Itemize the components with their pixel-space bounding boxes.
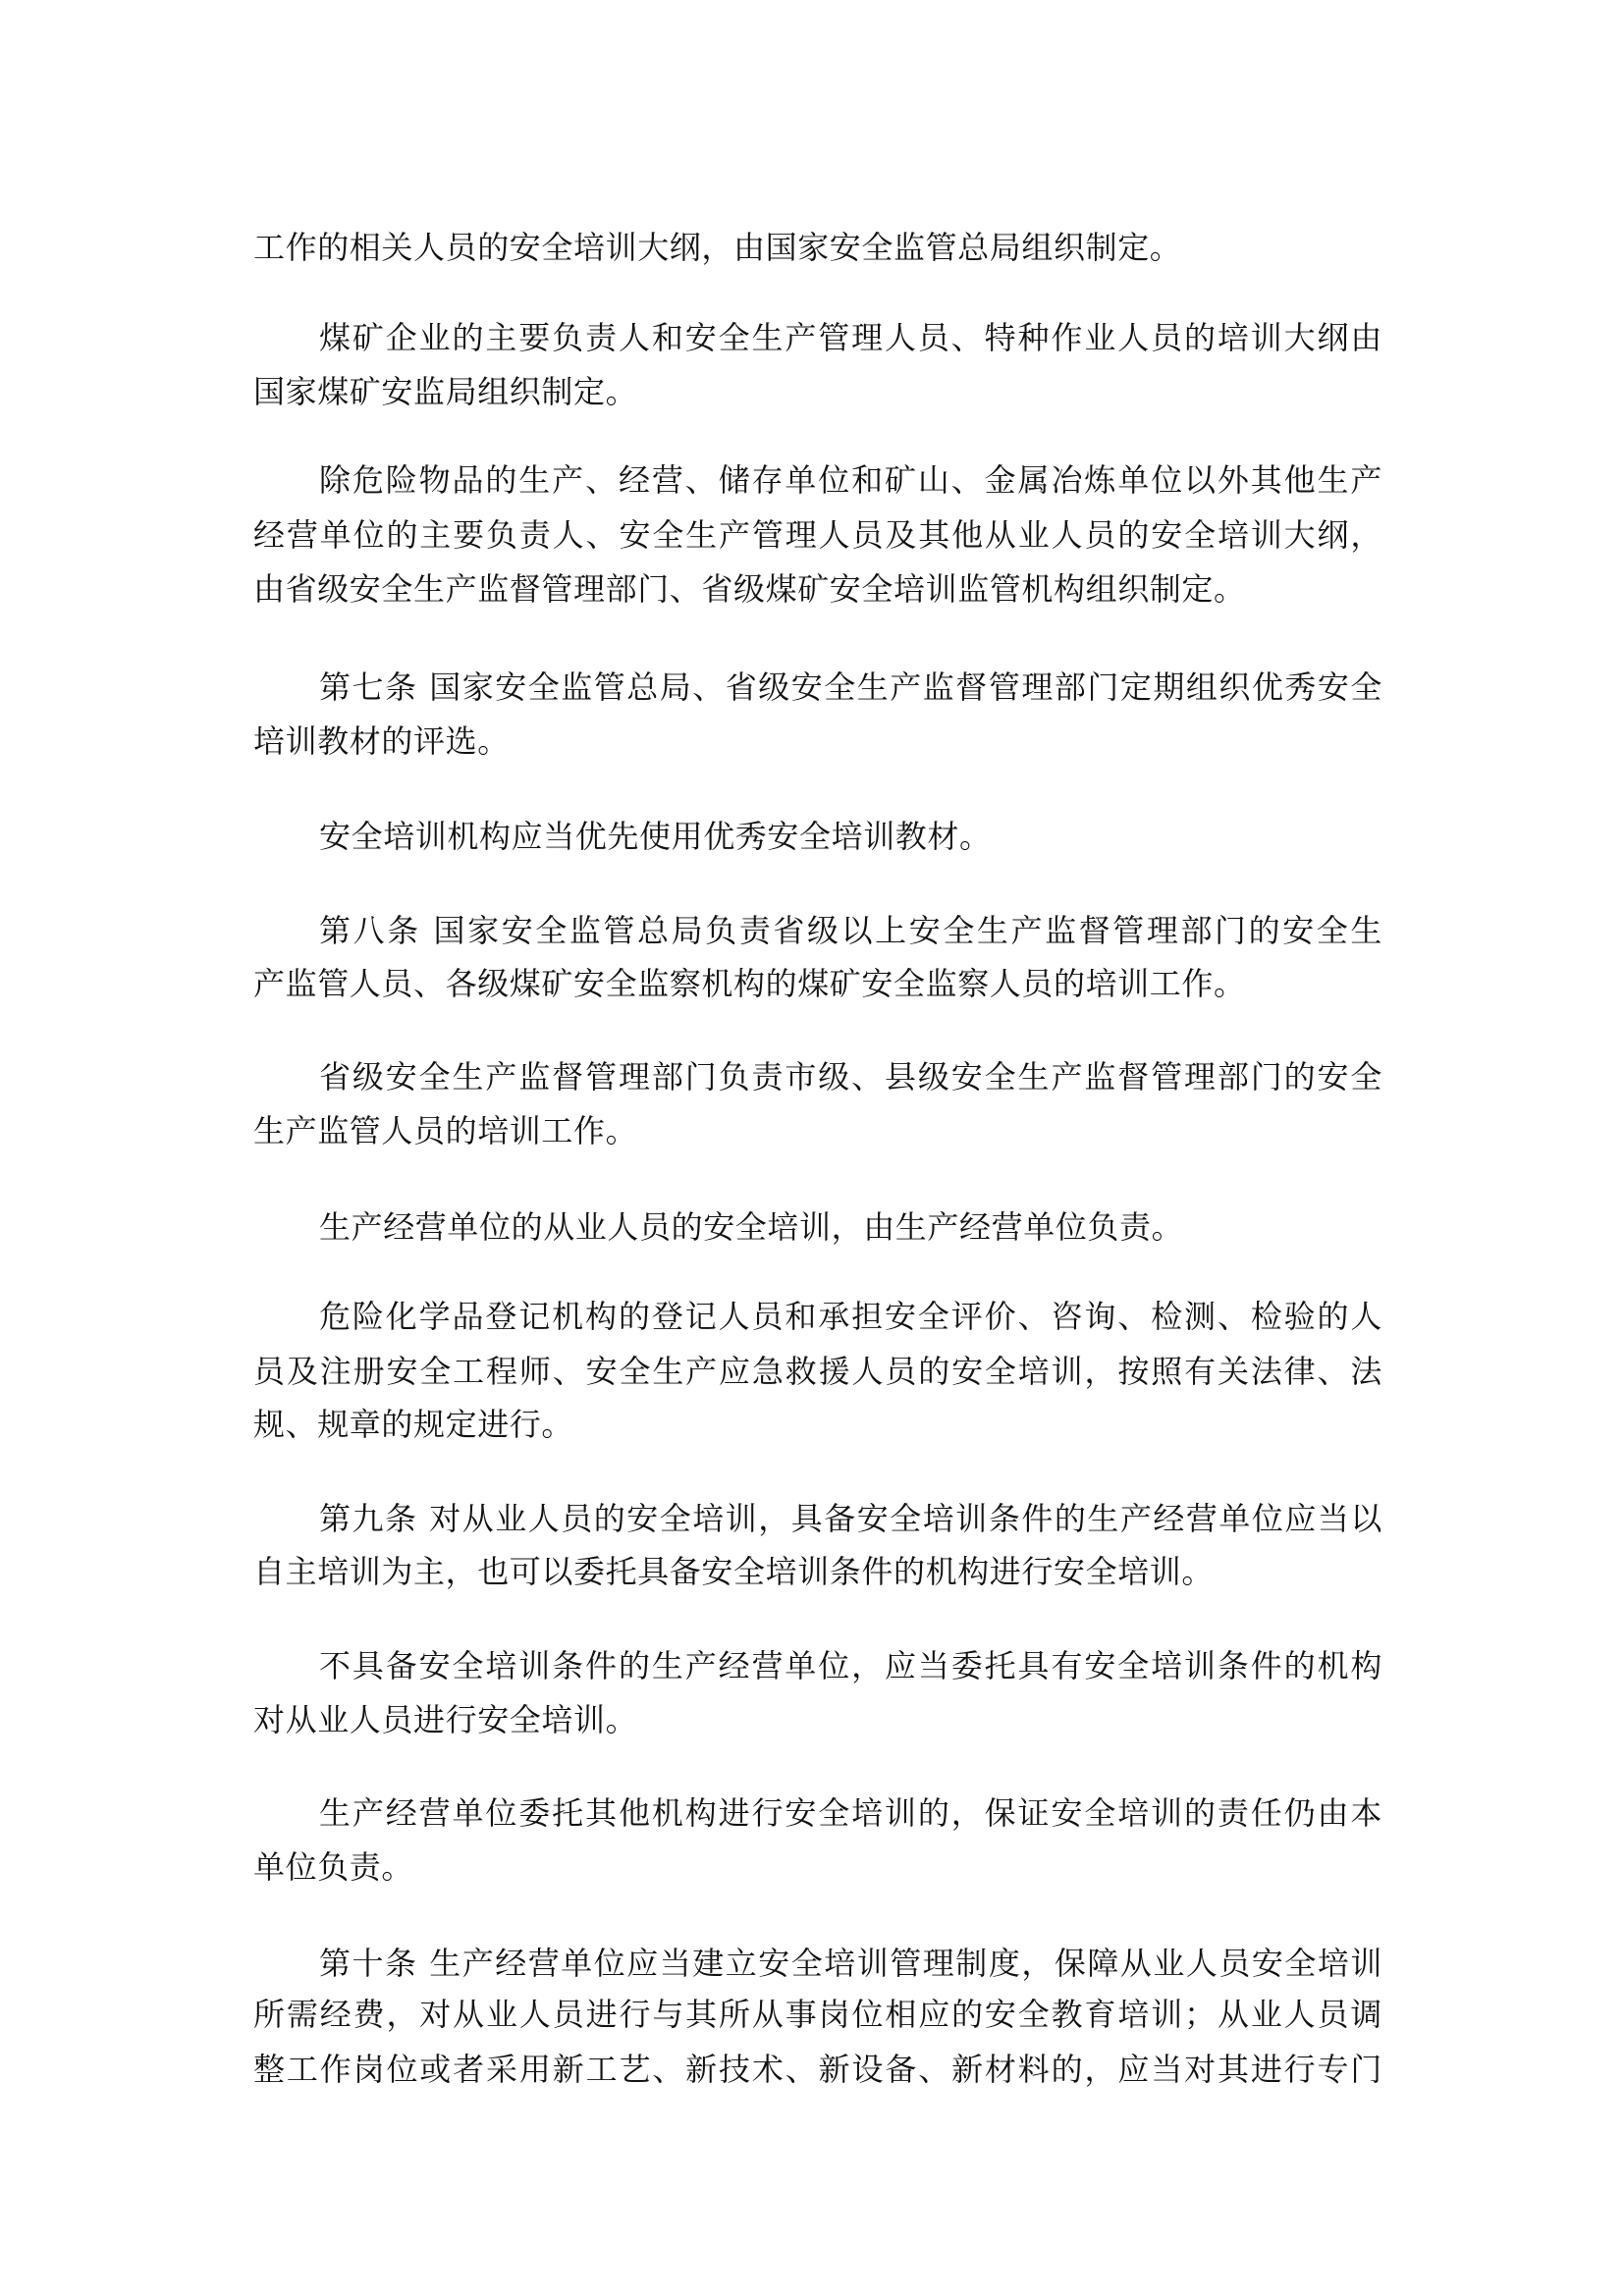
text-line: 第七条 国家安全监管总局、省级安全生产监督管理部门定期组织优秀安全 [319,667,1382,707]
text-line: 省级安全生产监督管理部门负责市级、县级安全生产监督管理部门的安全 [319,1057,1382,1096]
text-line: 生产经营单位的从业人员的安全培训，由生产经营单位负责。 [319,1207,1382,1247]
text-line: 规、规章的规定进行。 [253,1405,1382,1444]
document-page: 工作的相关人员的安全培训大纲，由国家安全监管总局组织制定。煤矿企业的主要负责人和… [0,0,1624,2296]
text-line: 培训教材的评选。 [253,721,1382,761]
text-line: 煤矿企业的主要负责人和安全生产管理人员、特种作业人员的培训大纲由 [319,318,1382,357]
text-line: 第九条 对从业人员的安全培训，具备安全培训条件的生产经营单位应当以 [319,1499,1382,1538]
text-line: 不具备安全培训条件的生产经营单位，应当委托具有安全培训条件的机构 [319,1646,1382,1685]
text-line: 所需经费，对从业人员进行与其所从事岗位相应的安全教育培训；从业人员调 [253,1995,1382,2034]
text-line: 自主培训为主，也可以委托具备安全培训条件的机构进行安全培训。 [253,1552,1382,1591]
text-line: 第八条 国家安全监管总局负责省级以上安全生产监督管理部门的安全生 [319,911,1382,950]
text-line: 整工作岗位或者采用新工艺、新技术、新设备、新材料的，应当对其进行专门 [253,2050,1382,2089]
text-line: 危险化学品登记机构的登记人员和承担安全评价、咨询、检测、检验的人 [319,1297,1382,1336]
text-line: 单位负责。 [253,1847,1382,1887]
text-line: 工作的相关人员的安全培训大纲，由国家安全监管总局组织制定。 [253,228,1382,267]
text-line: 安全培训机构应当优先使用优秀安全培训教材。 [319,817,1382,856]
text-line: 对从业人员进行安全培训。 [253,1700,1382,1739]
text-line: 除危险物品的生产、经营、储存单位和矿山、金属冶炼单位以外其他生产 [319,460,1382,500]
text-line: 经营单位的主要负责人、安全生产管理人员及其他从业人员的安全培训大纲， [253,515,1382,555]
text-line: 员及注册安全工程师、安全生产应急救援人员的安全培训，按照有关法律、法 [253,1352,1382,1391]
text-line: 国家煤矿安监局组织制定。 [253,372,1382,411]
text-line: 产监管人员、各级煤矿安全监察机构的煤矿安全监察人员的培训工作。 [253,964,1382,1003]
text-line: 由省级安全生产监督管理部门、省级煤矿安全培训监管机构组织制定。 [253,569,1382,609]
text-line: 第十条 生产经营单位应当建立安全培训管理制度，保障从业人员安全培训 [319,1944,1382,1983]
text-line: 生产经营单位委托其他机构进行安全培训的，保证安全培训的责任仍由本 [319,1793,1382,1833]
text-line: 生产监管人员的培训工作。 [253,1111,1382,1150]
